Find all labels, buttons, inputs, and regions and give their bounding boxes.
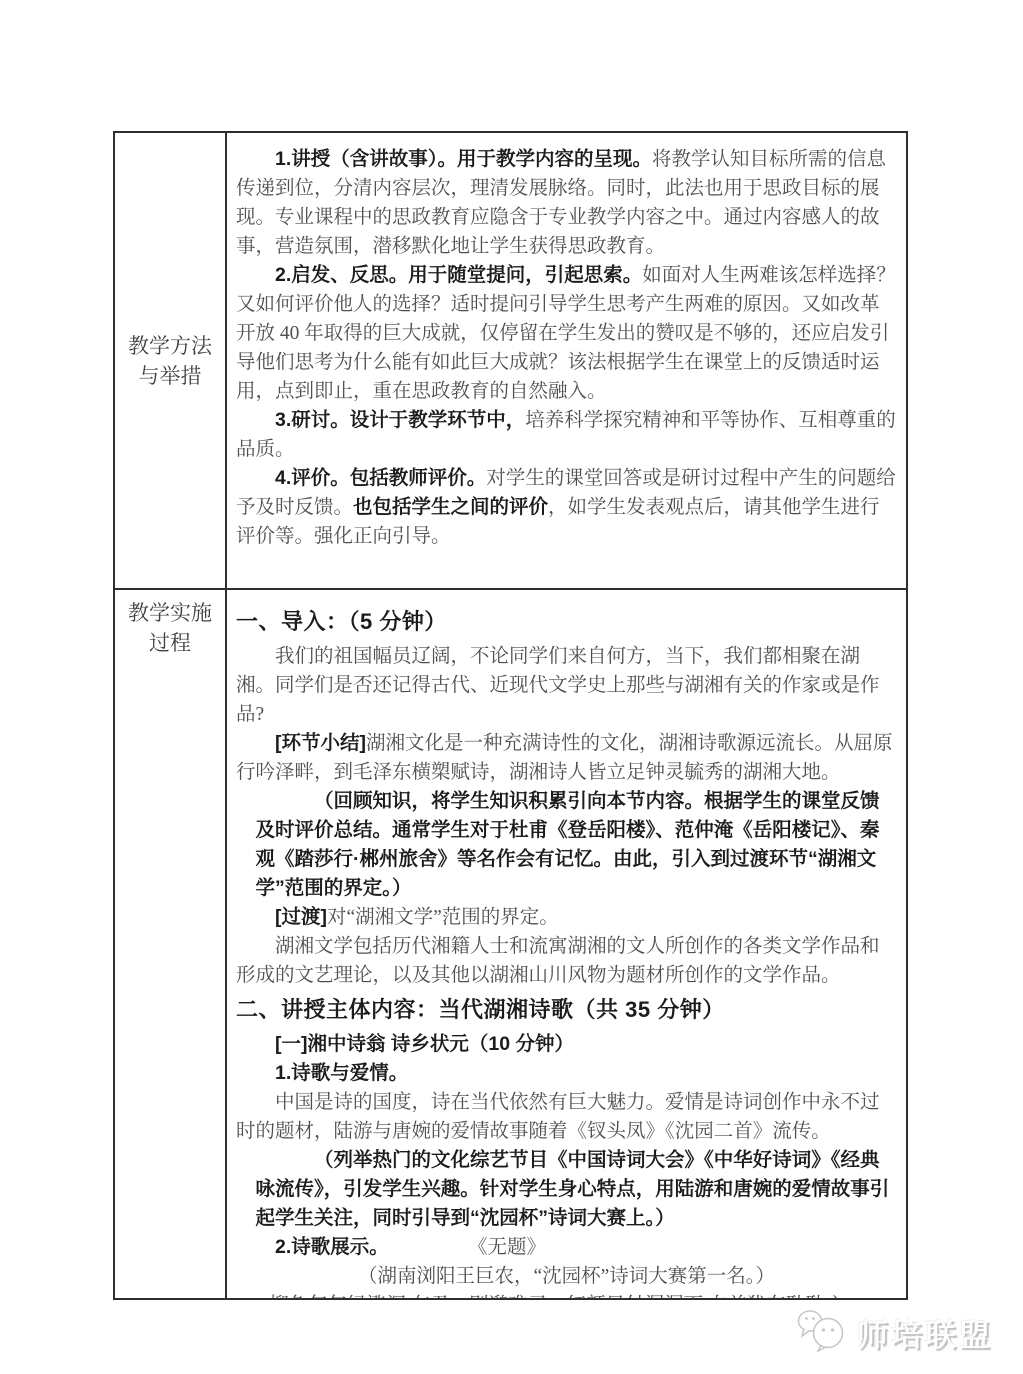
text-segment: 《无题》: [236, 1233, 778, 1262]
text-segment: 对“湖湘文学”范围的界定。: [327, 907, 559, 928]
wechat-bubbles-icon: [797, 1308, 849, 1357]
paragraph: （湖南浏阳王巨农，“沈园杯”诗词大赛第一名。）: [236, 1262, 897, 1291]
text-segment: 中国是诗的国度，诗在当代依然有巨大魅力。爱情是诗词创作中永不过时的题材，陆游与唐…: [236, 1092, 880, 1142]
paragraph: [过渡]对“湖湘文学”范围的界定。: [236, 903, 897, 932]
row-content-cell: 1.讲授（含讲故事）。用于教学内容的呈现。将教学认知目标所需的信息传递到位，分清…: [227, 133, 906, 588]
paragraph: 中国是诗的国度，诗在当代依然有巨大魅力。爱情是诗词创作中永不过时的题材，陆游与唐…: [236, 1088, 897, 1146]
paragraph: 3.研讨。设计于教学环节中，培养科学探究精神和平等协作、互相尊重的品质。: [236, 406, 897, 464]
text-segment: 一、导入：（5 分钟）: [236, 609, 447, 634]
paragraph: [一]湘中诗翁 诗乡状元（10 分钟）: [236, 1030, 897, 1059]
paragraph: 1.诗歌与爱情。: [236, 1059, 897, 1088]
text-segment: [一]湘中诗翁 诗乡状元（10 分钟）: [275, 1033, 574, 1055]
row-header-cell: 教学方法与举措: [115, 133, 227, 588]
watermark-label: 师培联盟: [857, 1310, 993, 1355]
text-segment: [过渡]: [275, 906, 327, 928]
text-segment: 3.研讨。设计于教学环节中，: [275, 409, 525, 431]
text-segment: [环节小结]: [275, 732, 366, 754]
text-segment: 也包括学生之间的评价: [353, 496, 548, 518]
text-segment: 1.诗歌与爱情。: [275, 1062, 408, 1084]
paragraph: 一、导入：（5 分钟）: [236, 602, 897, 642]
text-segment: 二、讲授主体内容：当代湖湘诗歌（共 35 分钟）: [236, 997, 725, 1022]
text-segment: （回顾知识，将学生知识积累引向本节内容。根据学生的课堂反馈及时评价总结。通常学生…: [256, 790, 880, 899]
paragraph: 二、讲授主体内容：当代湖湘诗歌（共 35 分钟）: [236, 990, 897, 1030]
paragraph: （回顾知识，将学生知识积累引向本节内容。根据学生的课堂反馈及时评价总结。通常学生…: [256, 787, 898, 903]
lesson-plan-table: 教学方法与举措1.讲授（含讲故事）。用于教学内容的呈现。将教学认知目标所需的信息…: [113, 131, 908, 1300]
row-header-text: 过程: [149, 628, 191, 658]
paragraph: 1.讲授（含讲故事）。用于教学内容的呈现。将教学认知目标所需的信息传递到位，分清…: [236, 145, 897, 261]
row-header-text: 教学方法: [128, 331, 212, 361]
page: { "colors": { "page_bg": "#ffffff", "bor…: [0, 0, 1023, 1374]
text-segment: 我们的祖国幅员辽阔，不论同学们来自何方，当下，我们都相聚在湖湘。同学们是否还记得…: [236, 646, 880, 725]
paragraph: [环节小结]湖湘文化是一种充满诗性的文化，湖湘诗歌源远流长。从屈原行吟泽畔，到毛…: [236, 729, 897, 787]
watermark: 师培联盟: [797, 1308, 993, 1357]
table-row: 教学实施过程一、导入：（5 分钟）我们的祖国幅员辽阔，不论同学们来自何方，当下，…: [115, 588, 906, 1298]
paragraph: （列举热门的文化综艺节目《中国诗词大会》《中华好诗词》《经典咏流传》，引发学生兴…: [256, 1146, 898, 1233]
text-segment: 4.评价。包括教师评价。: [275, 467, 486, 489]
text-segment: （列举热门的文化综艺节目《中国诗词大会》《中华好诗词》《经典咏流传》，引发学生兴…: [256, 1149, 890, 1229]
paragraph: 湖湘文学包括历代湘籍人士和流寓湖湘的文人所创作的各类文学作品和形成的文艺理论，以…: [236, 932, 897, 990]
paragraph: 柳色年年绿涨深,东君一别邈难寻。红颜早付潺潺雨,白首犹存耿耿心。: [236, 1291, 897, 1298]
table-row: 教学方法与举措1.讲授（含讲故事）。用于教学内容的呈现。将教学认知目标所需的信息…: [115, 133, 906, 588]
paragraph: 4.评价。包括教师评价。对学生的课堂回答或是研讨过程中产生的问题给予及时反馈。也…: [236, 464, 897, 551]
row-header-text: 与举措: [139, 361, 202, 391]
text-segment: 1.讲授（含讲故事）。用于教学内容的呈现。: [275, 148, 652, 170]
text-segment: 2.启发、反思。用于随堂提问，引起思索。: [275, 264, 642, 286]
row-header-cell: 教学实施过程: [115, 590, 227, 1298]
text-segment: 湖湘文学包括历代湘籍人士和流寓湖湘的文人所创作的各类文学作品和形成的文艺理论，以…: [236, 936, 880, 986]
paragraph: 2.启发、反思。用于随堂提问，引起思索。如面对人生两难该怎样选择？又如何评价他人…: [236, 261, 897, 406]
row-header-text: 教学实施: [128, 598, 212, 628]
text-segment: （湖南浏阳王巨农，“沈园杯”诗词大赛第一名。）: [358, 1266, 775, 1287]
paragraph: 2.诗歌展示。《无题》: [236, 1233, 897, 1262]
paragraph: 我们的祖国幅员辽阔，不论同学们来自何方，当下，我们都相聚在湖湘。同学们是否还记得…: [236, 642, 897, 729]
text-segment: 柳色年年绿涨深,东君一别邈难寻。红颜早付潺潺雨,白首犹存耿耿心。: [269, 1295, 864, 1298]
row-content-cell: 一、导入：（5 分钟）我们的祖国幅员辽阔，不论同学们来自何方，当下，我们都相聚在…: [227, 590, 906, 1298]
